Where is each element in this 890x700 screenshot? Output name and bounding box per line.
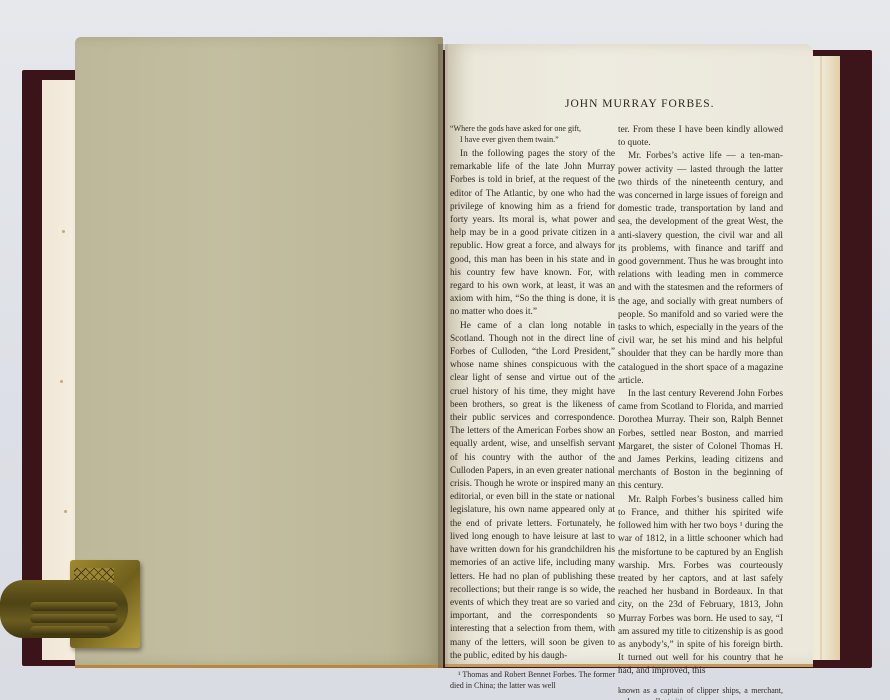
foxing-spot	[62, 230, 65, 233]
paragraph: ter. From these I have been kindly allow…	[618, 124, 783, 150]
paragraph: In the following pages the story of the …	[450, 148, 615, 320]
text-column-left: “Where the gods have asked for one gift,…	[450, 124, 615, 691]
finger	[30, 626, 110, 635]
finger	[30, 614, 118, 623]
foxing-spot	[60, 380, 63, 383]
finger	[30, 602, 118, 611]
footnote-continued: known as a captain of clipper ships, a m…	[618, 685, 783, 700]
paragraph: Mr. Forbes’s active life — a ten-man-pow…	[618, 150, 783, 388]
paragraph: In the last century Reverend John Forbes…	[618, 388, 783, 494]
epigraph: “Where the gods have asked for one gift,…	[450, 124, 615, 145]
paragraph: Mr. Ralph Forbes’s business called him t…	[618, 494, 783, 679]
footnote: ¹ Thomas and Robert Bennet Forbes. The f…	[450, 669, 615, 691]
epigraph-line-1: “Where the gods have asked for one gift,	[450, 124, 581, 133]
epigraph-line-2: I have ever given them twain.”	[450, 135, 615, 146]
brass-hand-page-holder[interactable]	[0, 560, 140, 648]
foxing-spot	[64, 510, 67, 513]
running-head: JOHN MURRAY FORBES.	[565, 98, 714, 110]
paragraph: He came of a clan long notable in Scotla…	[450, 320, 615, 663]
book-gutter	[438, 44, 448, 668]
text-column-right: ter. From these I have been kindly allow…	[618, 124, 783, 700]
